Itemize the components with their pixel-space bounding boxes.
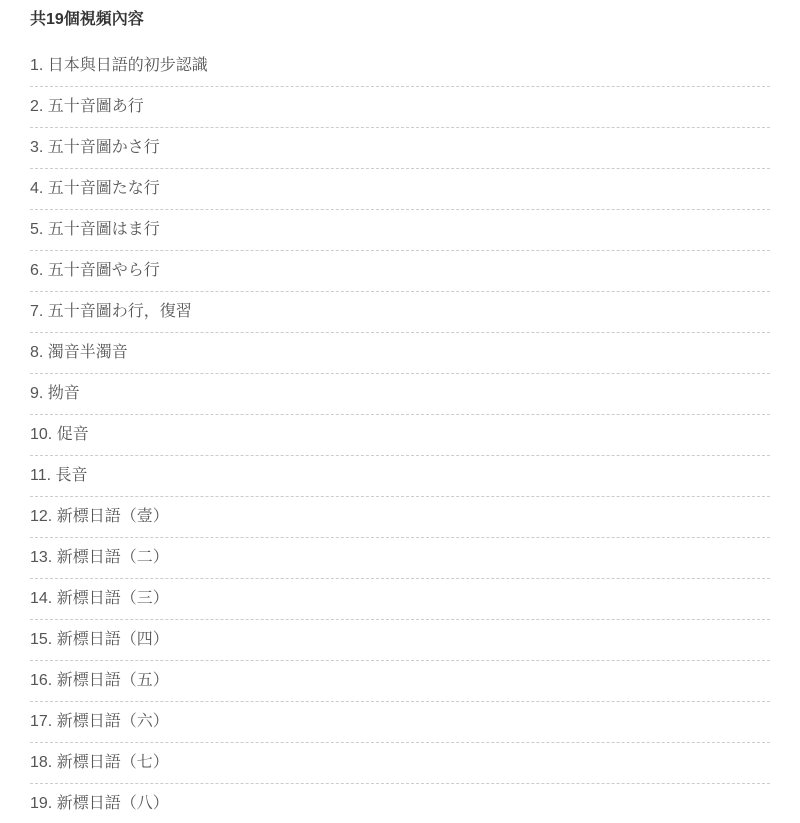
video-list: 1. 日本與日語的初步認識 2. 五十音圖あ行 3. 五十音圖かさ行 4. 五十… (30, 46, 770, 823)
video-list-item: 9. 拗音 (30, 374, 770, 415)
video-list-item: 2. 五十音圖あ行 (30, 87, 770, 128)
video-list-item: 10. 促音 (30, 415, 770, 456)
video-list-title: 共19個視頻內容 (30, 8, 770, 32)
video-list-item: 4. 五十音圖たな行 (30, 169, 770, 210)
video-list-item: 15. 新標日語（四） (30, 620, 770, 661)
video-list-item: 18. 新標日語（七） (30, 743, 770, 784)
video-list-item: 16. 新標日語（五） (30, 661, 770, 702)
video-list-item: 8. 濁音半濁音 (30, 333, 770, 374)
video-contents-section: 共19個視頻內容 1. 日本與日語的初步認識 2. 五十音圖あ行 3. 五十音圖… (0, 0, 800, 823)
video-list-item: 14. 新標日語（三） (30, 579, 770, 620)
video-list-item: 13. 新標日語（二） (30, 538, 770, 579)
video-list-item: 6. 五十音圖やら行 (30, 251, 770, 292)
video-list-item: 7. 五十音圖わ行，復習 (30, 292, 770, 333)
video-list-item: 19. 新標日語（八） (30, 784, 770, 823)
video-list-item: 1. 日本與日語的初步認識 (30, 46, 770, 87)
video-list-item: 3. 五十音圖かさ行 (30, 128, 770, 169)
video-list-item: 11. 長音 (30, 456, 770, 497)
video-list-item: 17. 新標日語（六） (30, 702, 770, 743)
video-list-item: 5. 五十音圖はま行 (30, 210, 770, 251)
video-list-item: 12. 新標日語（壹） (30, 497, 770, 538)
